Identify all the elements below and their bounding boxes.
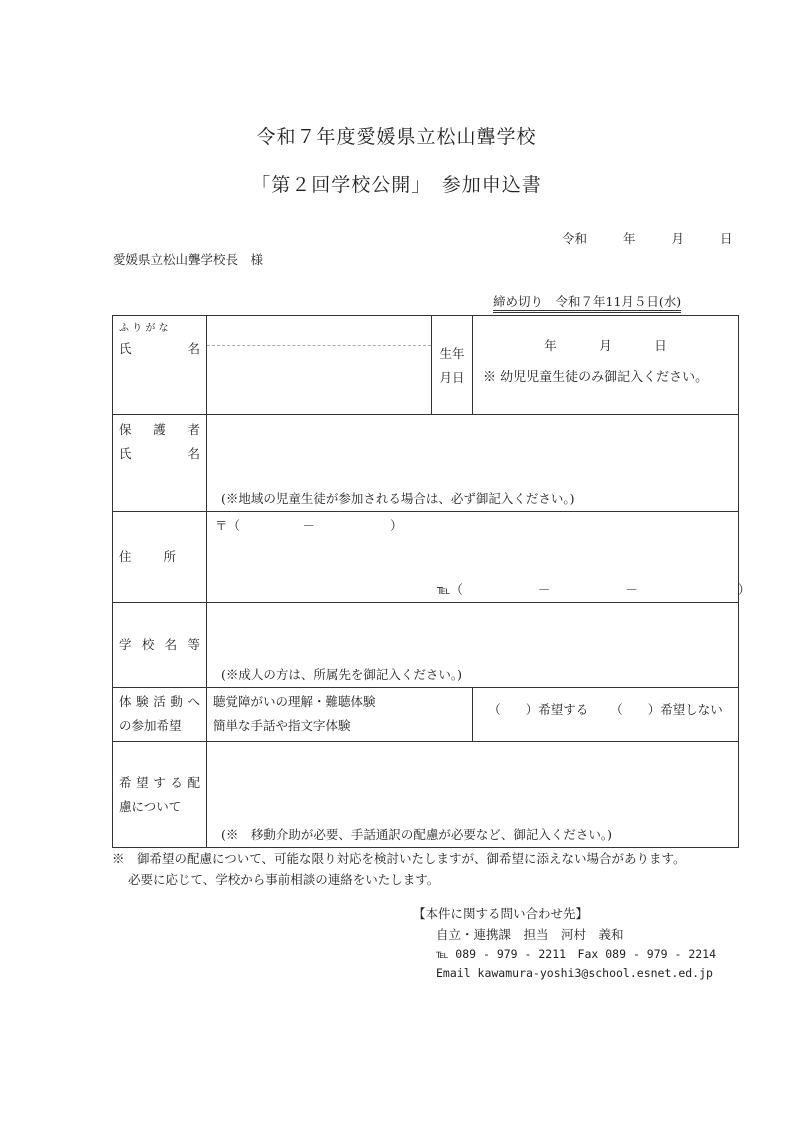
- dob-label-line1: 生年: [432, 342, 472, 366]
- guardian-label-line2: 氏 名: [119, 442, 200, 466]
- postal-code-field[interactable]: 〒（ － ）: [215, 516, 403, 534]
- name-label-cell: ふ り が な 氏 名: [113, 316, 207, 415]
- phone-field[interactable]: ℡（ － － ）: [437, 580, 750, 598]
- address-label: 住 所: [113, 542, 206, 572]
- name-input-cell[interactable]: [207, 316, 432, 415]
- experience-item: 聴覚障がいの理解・難聴体験: [213, 690, 466, 714]
- accommodation-input[interactable]: (※ 移動介助が必要、手話通訳の配慮が必要など、御記入ください。): [207, 742, 739, 848]
- experience-item: 簡単な手話や指文字体験: [213, 714, 466, 738]
- furigana-input[interactable]: [207, 316, 431, 345]
- accommodation-note: (※ 移動介助が必要、手話通訳の配慮が必要など、御記入ください。): [221, 825, 612, 843]
- document-title: 令和７年度愛媛県立松山聾学校: [0, 122, 793, 149]
- addressee: 愛媛県立松山聾学校長 様: [113, 250, 263, 268]
- dob-note: ※ 幼児児童生徒のみ御記入ください。: [473, 354, 738, 388]
- document-subtitle: 「第２回学校公開」 参加申込書: [0, 170, 793, 197]
- school-note: (※成人の方は、所属先を御記入ください。): [221, 665, 462, 683]
- name-input[interactable]: [207, 345, 431, 411]
- accommodation-label-cell: 希 望 す る 配 慮について: [113, 742, 207, 848]
- choice-no-wish[interactable]: （ ）希望しない: [610, 702, 723, 717]
- address-label-cell: 住 所: [113, 512, 207, 603]
- furigana-label: ふ り が な: [119, 319, 200, 337]
- deadline-notice: 締め切り 令和７年11月５日(水): [493, 294, 681, 313]
- date-month-field[interactable]: 月: [671, 229, 684, 247]
- footnote-line2: 必要に応じて、学校から事前相談の連絡をいたします。: [128, 870, 439, 888]
- experience-items-cell: 聴覚障がいの理解・難聴体験 簡単な手話や指文字体験: [207, 688, 473, 742]
- name-label: 氏 名: [119, 337, 200, 361]
- school-label-cell: 学 校 名 等: [113, 603, 207, 688]
- date-year-field[interactable]: 年: [623, 229, 636, 247]
- address-input[interactable]: 〒（ － ） ℡（ － － ）: [207, 512, 739, 603]
- submission-date: 令和 年 月 日: [562, 229, 732, 247]
- contact-phone: ℡ 089 - 979 - 2211 Fax 089 - 979 - 2214: [436, 946, 716, 962]
- dob-label-line2: 月日: [432, 366, 472, 390]
- dob-year[interactable]: 年: [544, 336, 557, 354]
- experience-label-cell: 体 験 活 動 へ の参加希望: [113, 688, 207, 742]
- experience-label-line2: の参加希望: [119, 714, 200, 738]
- dob-day[interactable]: 日: [654, 336, 667, 354]
- contact-department: 自立・連携課 担当 河村 義和: [436, 925, 624, 943]
- guardian-label-line1: 保 護 者: [119, 418, 200, 442]
- guardian-note: (※地域の児童生徒が参加される場合は、必ず御記入ください。): [221, 489, 575, 507]
- guardian-label-cell: 保 護 者 氏 名: [113, 415, 207, 512]
- experience-label-line1: 体 験 活 動 へ: [119, 690, 200, 714]
- dob-input-cell[interactable]: 年 月 日 ※ 幼児児童生徒のみ御記入ください。: [473, 316, 739, 415]
- furigana-divider: [207, 345, 431, 346]
- choice-wish[interactable]: （ ）希望する: [488, 702, 588, 717]
- experience-choice-cell: （ ）希望する （ ）希望しない: [473, 688, 739, 742]
- accommodation-label-line1: 希 望 す る 配: [119, 771, 200, 795]
- school-label: 学 校 名 等: [113, 630, 206, 660]
- date-era: 令和: [562, 229, 587, 247]
- school-name-input[interactable]: (※成人の方は、所属先を御記入ください。): [207, 603, 739, 688]
- guardian-name-input[interactable]: (※地域の児童生徒が参加される場合は、必ず御記入ください。): [207, 415, 739, 512]
- date-day-field[interactable]: 日: [720, 229, 733, 247]
- dob-month[interactable]: 月: [599, 336, 612, 354]
- dob-label-cell: 生年 月日: [432, 316, 473, 415]
- contact-heading: 【本件に関する問い合わせ先】: [413, 904, 588, 922]
- contact-email[interactable]: Email kawamura-yoshi3@school.esnet.ed.jp: [436, 966, 713, 980]
- footnote-line1: ※ 御希望の配慮について、可能な限り対応を検討いたしますが、御希望に添えない場合…: [112, 849, 686, 867]
- application-form-table: ふ り が な 氏 名 生年 月日 年 月 日: [112, 315, 739, 848]
- accommodation-label-line2: 慮について: [119, 795, 200, 819]
